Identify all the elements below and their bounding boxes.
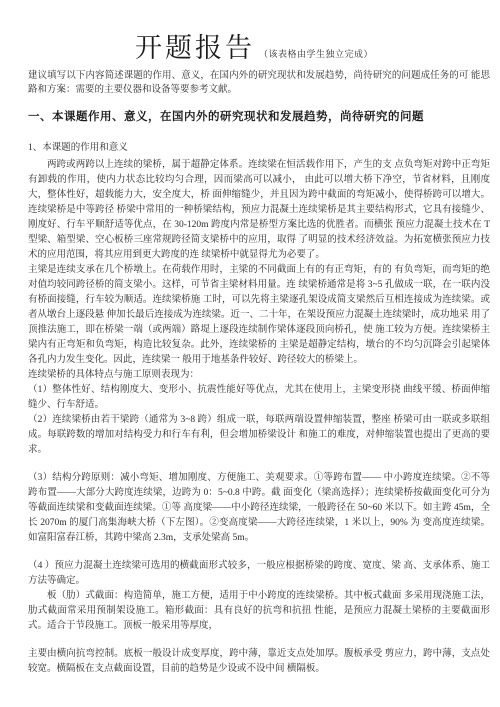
paragraph-feature-4: （4 ）预应力混凝土连续梁可选用的横截面形式较多，一般应根据桥梁的跨度、宽度、梁… [28, 559, 490, 589]
subsection-1-heading: 1、本课题的作用和意义 [28, 139, 490, 153]
paragraph-features-lead-in: 连续梁桥的具体特点与施工原则表现为： [28, 368, 490, 383]
document-title-note: （该表格由学生独立完成） [259, 49, 373, 59]
paragraph-continuous-beam-overview: 两跨或两跨以上连续的梁桥，属于超静定体系。连续梁在恒活载作用下，产生的支 点负弯… [28, 158, 490, 263]
document-title-row: 开题报告 （该表格由学生独立完成） [18, 26, 490, 65]
paragraph-feature-1: （1）整体性好、结构刚度大、变形小、抗震性能好等优点，尤其在使用上，主梁变形挠 … [28, 383, 490, 413]
section-1-body: 两跨或两跨以上连续的梁桥，属于超静定体系。连续梁在恒活载作用下，产生的支 点负弯… [28, 158, 490, 677]
paragraph-cross-section: 板（肋）式截面：构造简单，施工方便，适用于中小跨度的连续梁桥。其中板式截面 多采… [28, 589, 490, 634]
paragraph-feature-2: （2）连续梁桥由若干梁跨（通常为 3~8 跨）组成一联，每联两端设置伸缩装置，整… [28, 413, 490, 458]
paragraph-feature-3: （3）结构分跨原则：减小弯矩、增加刚度、方便施工、美观要求。①等跨布置—— 中小… [28, 471, 490, 546]
paragraph-main-girder: 主梁是连续支承在几个桥墩上。在荷载作用时，主梁的不同截面上有的有正弯矩，有的 有… [28, 263, 490, 368]
paragraph-bottom-slab: 主要由横向抗弯控制。底板一般设计成变厚度，跨中薄，靠近支点处加厚。腹板承受 剪应… [28, 647, 490, 677]
document-title: 开题报告 [135, 33, 255, 63]
intro-instructions: 建议填写以下内容简述课题的作用、意义，在国内外的研究现状和发展趋势，尚待研究的问… [28, 69, 490, 97]
section-1-heading: 一、本课题作用、意义，在国内外的研究现状和发展趋势，尚待研究的问题 [28, 108, 490, 124]
document-page: 开题报告 （该表格由学生独立完成） 建议填写以下内容简述课题的作用、意义，在国内… [0, 0, 500, 707]
